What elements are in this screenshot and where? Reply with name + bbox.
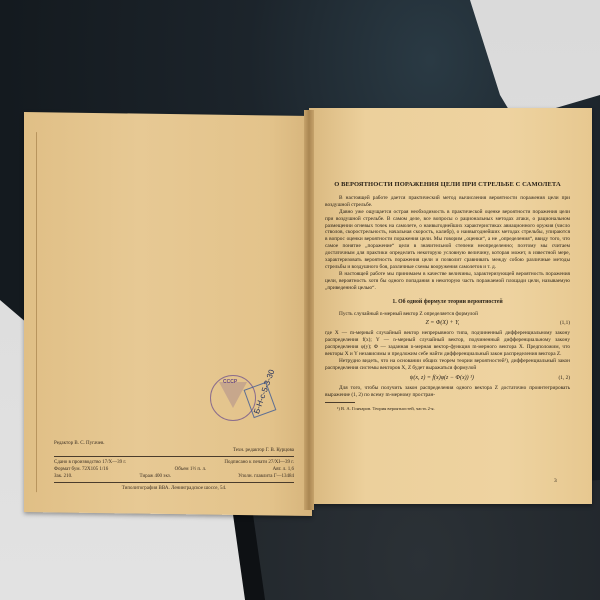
imprint-rule [54,456,294,457]
formula-expression: Z = Φ(X) + Y, [325,320,560,327]
imprint-volume: Объем 1½ п. л. [175,466,207,473]
paragraph: В настоящей работе мы принимаем в качест… [325,271,570,292]
imprint-signed: Подписано к печати 27/XI—39 г. [224,459,294,466]
page-number: 3 [554,478,557,484]
paragraph: В настоящей работе дается практический м… [325,195,570,209]
imprint-submitted: Сдано в производство 17/X—39 г. [54,459,126,466]
imprint-rule-bottom [54,482,294,483]
imprint-printer: Типолитография ВВА. Ленинградское шоссе,… [54,485,294,492]
section-intro: Пусть случайный n-мерный вектор Z опреде… [325,311,570,318]
imprint-order: Зак. 210. [54,473,72,480]
editor: Редактор В. С. Пугачев. [54,440,105,447]
formula-number: (1,1) [560,320,570,327]
book-spine [304,110,314,510]
paragraph: Нетрудно видеть, что на основании общих … [325,358,570,372]
article-title: О ВЕРОЯТНОСТИ ПОРАЖЕНИЯ ЦЕЛИ ПРИ СТРЕЛЬБ… [325,182,570,189]
imprint-block: Редактор В. С. Пугачев. Техн. редактор Г… [54,440,294,492]
paragraph: Давно уже ощущается острая необходимость… [325,209,570,271]
paragraph: Для того, чтобы получить закон распредел… [325,385,570,399]
imprint-format: Формат бум. 72X105 1/16 [54,466,108,473]
formula-expression: ψ(x, z) = f(x)φ(z − Φ(x)) ¹) [325,375,559,382]
article-body: О ВЕРОЯТНОСТИ ПОРАЖЕНИЯ ЦЕЛИ ПРИ СТРЕЛЬБ… [325,182,570,413]
imprint-author-sheets: Авт. л. 1,6 [273,466,294,473]
footnote: ¹) В. А. Гончаров. Теория вероятностей, … [325,406,570,413]
formula-number: (1, 2) [559,375,570,382]
tech-editor: Техн. редактор Г. В. Курцова [233,447,294,454]
imprint-print-run: Тираж 400 экз. [140,473,172,480]
page-fold-line [36,132,37,492]
imprint-censor: Уполн. главлита Г—13484 [238,473,294,480]
stamp-text: СССР [223,379,237,385]
section-heading: 1. Об одной формуле теории вероятностей [325,299,570,306]
stamp-triangle-icon [219,382,247,408]
footnote-rule [325,402,355,403]
formula-1: Z = Φ(X) + Y, (1,1) [325,320,570,327]
paragraph: где X — m-мерный случайный вектор непрер… [325,330,570,358]
formula-2: ψ(x, z) = f(x)φ(z − Φ(x)) ¹) (1, 2) [325,375,570,382]
